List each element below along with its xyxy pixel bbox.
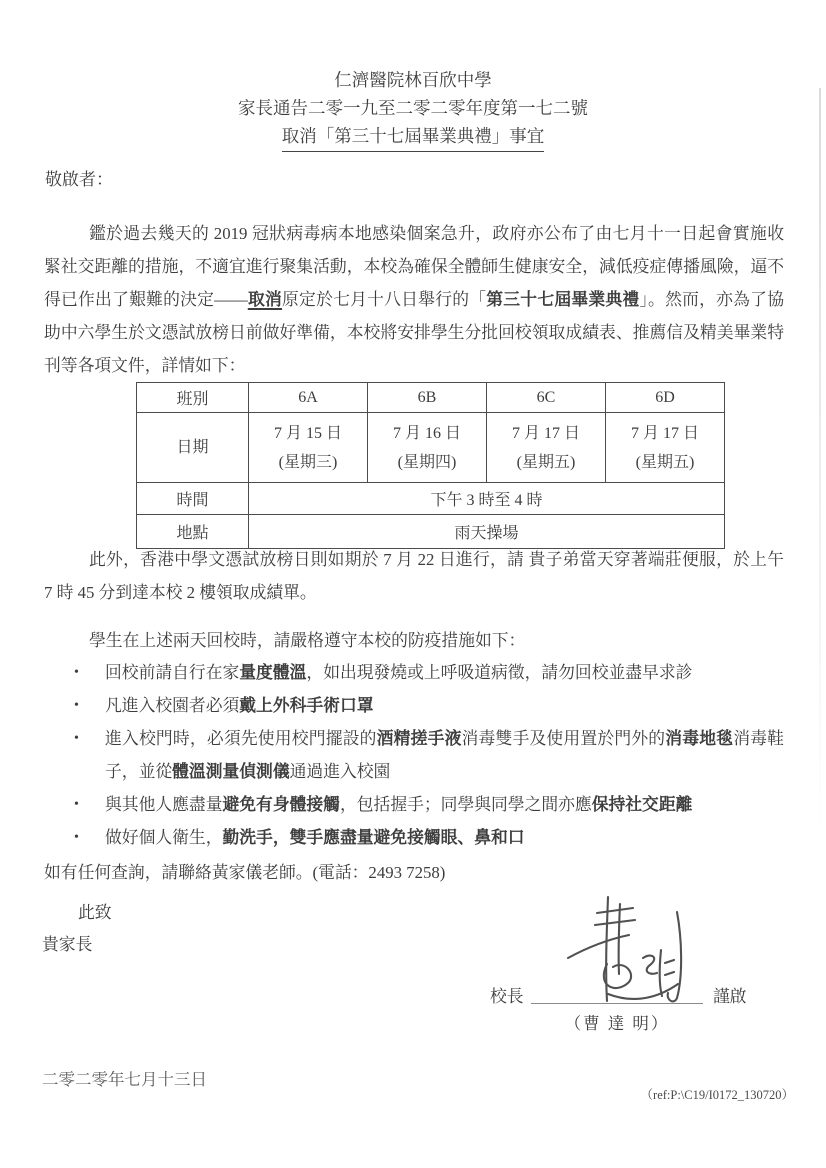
list-item-temperature: 回校前請自行在家量度體溫，如出現發燒或上呼吸道病徵，請勿回校並盡早求診	[72, 656, 784, 689]
class-label-cell: 班別	[137, 383, 249, 413]
principal-signature-image	[550, 894, 700, 1010]
notice-header: 仁濟醫院林百欣中學 家長通告二零一九至二零二零年度第一七二號 取消「第三十七屆畢…	[0, 66, 826, 152]
scanned-notice-page: 仁濟醫院林百欣中學 家長通告二零一九至二零二零年度第一七二號 取消「第三十七屆畢…	[0, 0, 826, 1168]
date-cell-6a: 7 月 15 日 (星期三)	[249, 413, 368, 483]
weekday-value: (星期四)	[370, 448, 484, 477]
weekday-value: (星期五)	[489, 448, 603, 477]
contact-line: 如有任何查詢，請聯絡黃家儀老師。(電話：2493 7258)	[44, 856, 784, 889]
scan-streak-artifact	[819, 88, 821, 838]
date-row: 日期 7 月 15 日 (星期三) 7 月 16 日 (星期四) 7 月 17 …	[137, 413, 725, 483]
class-row: 班別 6A 6B 6C 6D	[137, 383, 725, 413]
class-cell-6b: 6B	[368, 383, 487, 413]
class-cell-6a: 6A	[249, 383, 368, 413]
date-cell-6b: 7 月 16 日 (星期四)	[368, 413, 487, 483]
weekday-value: (星期三)	[251, 448, 365, 477]
precaution-list: 回校前請自行在家量度體溫，如出現發燒或上呼吸道病徵，請勿回校並盡早求診 凡進入校…	[72, 656, 784, 854]
time-label-cell: 時間	[137, 483, 249, 515]
notice-number: 家長通告二零一九至二零二零年度第一七二號	[0, 94, 826, 122]
date-value: 7 月 17 日	[608, 419, 722, 448]
date-value: 7 月 16 日	[370, 419, 484, 448]
list-item-distance: 與其他人應盡量避免有身體接觸，包括握手；同學與同學之間亦應保持社交距離	[72, 788, 784, 821]
principal-name: （曹 達 明）	[552, 1010, 682, 1034]
list-item-mask: 凡進入校園者必須戴上外科手術口罩	[72, 689, 784, 722]
school-name: 仁濟醫院林百欣中學	[0, 66, 826, 94]
closing-recipient: 貴家長	[42, 931, 92, 955]
date-value: 7 月 15 日	[251, 419, 365, 448]
reference-number: （ref:P:\C19/I0172_130720）	[641, 1085, 794, 1103]
date-cell-6c: 7 月 17 日 (星期五)	[487, 413, 606, 483]
closing-cizhi: 此致	[78, 899, 112, 923]
issue-date: 二零二零年七月十三日	[42, 1066, 207, 1090]
class-cell-6d: 6D	[606, 383, 725, 413]
time-value-cell: 下午 3 時至 4 時	[249, 483, 725, 515]
list-item-sanitize: 進入校門時，必須先使用校門擺設的酒精搓手液消毒雙手及使用置於門外的消毒地毯消毒鞋…	[72, 722, 784, 788]
date-cell-6d: 7 月 17 日 (星期五)	[606, 413, 725, 483]
body-paragraph-3: 學生在上述兩天回校時，請嚴格遵守本校的防疫措施如下：	[44, 624, 784, 657]
list-item-hygiene: 做好個人衛生，勤洗手，雙手應盡量避免接觸眼、鼻和口	[72, 821, 784, 854]
honorific-label: 謹啟	[713, 983, 747, 1007]
body-paragraph-2: 此外，香港中學文憑試放榜日則如期於 7 月 22 日進行，請 貴子弟當天穿著端莊…	[44, 543, 784, 609]
subject-line: 取消「第三十七屆畢業典禮」事宜	[282, 122, 545, 152]
schedule-table: 班別 6A 6B 6C 6D 日期 7 月 15 日 (星期三) 7 月 16 …	[136, 382, 725, 549]
date-label-cell: 日期	[137, 413, 249, 483]
time-row: 時間 下午 3 時至 4 時	[137, 483, 725, 515]
body-paragraph-1: 鑑於過去幾天的 2019 冠狀病毒病本地感染個案急升，政府亦公布了由七月十一日起…	[44, 217, 784, 382]
date-value: 7 月 17 日	[489, 419, 603, 448]
weekday-value: (星期五)	[608, 448, 722, 477]
principal-label: 校長	[490, 983, 524, 1007]
salutation: 敬啟者：	[45, 165, 113, 190]
signature-line	[531, 1003, 703, 1004]
class-cell-6c: 6C	[487, 383, 606, 413]
